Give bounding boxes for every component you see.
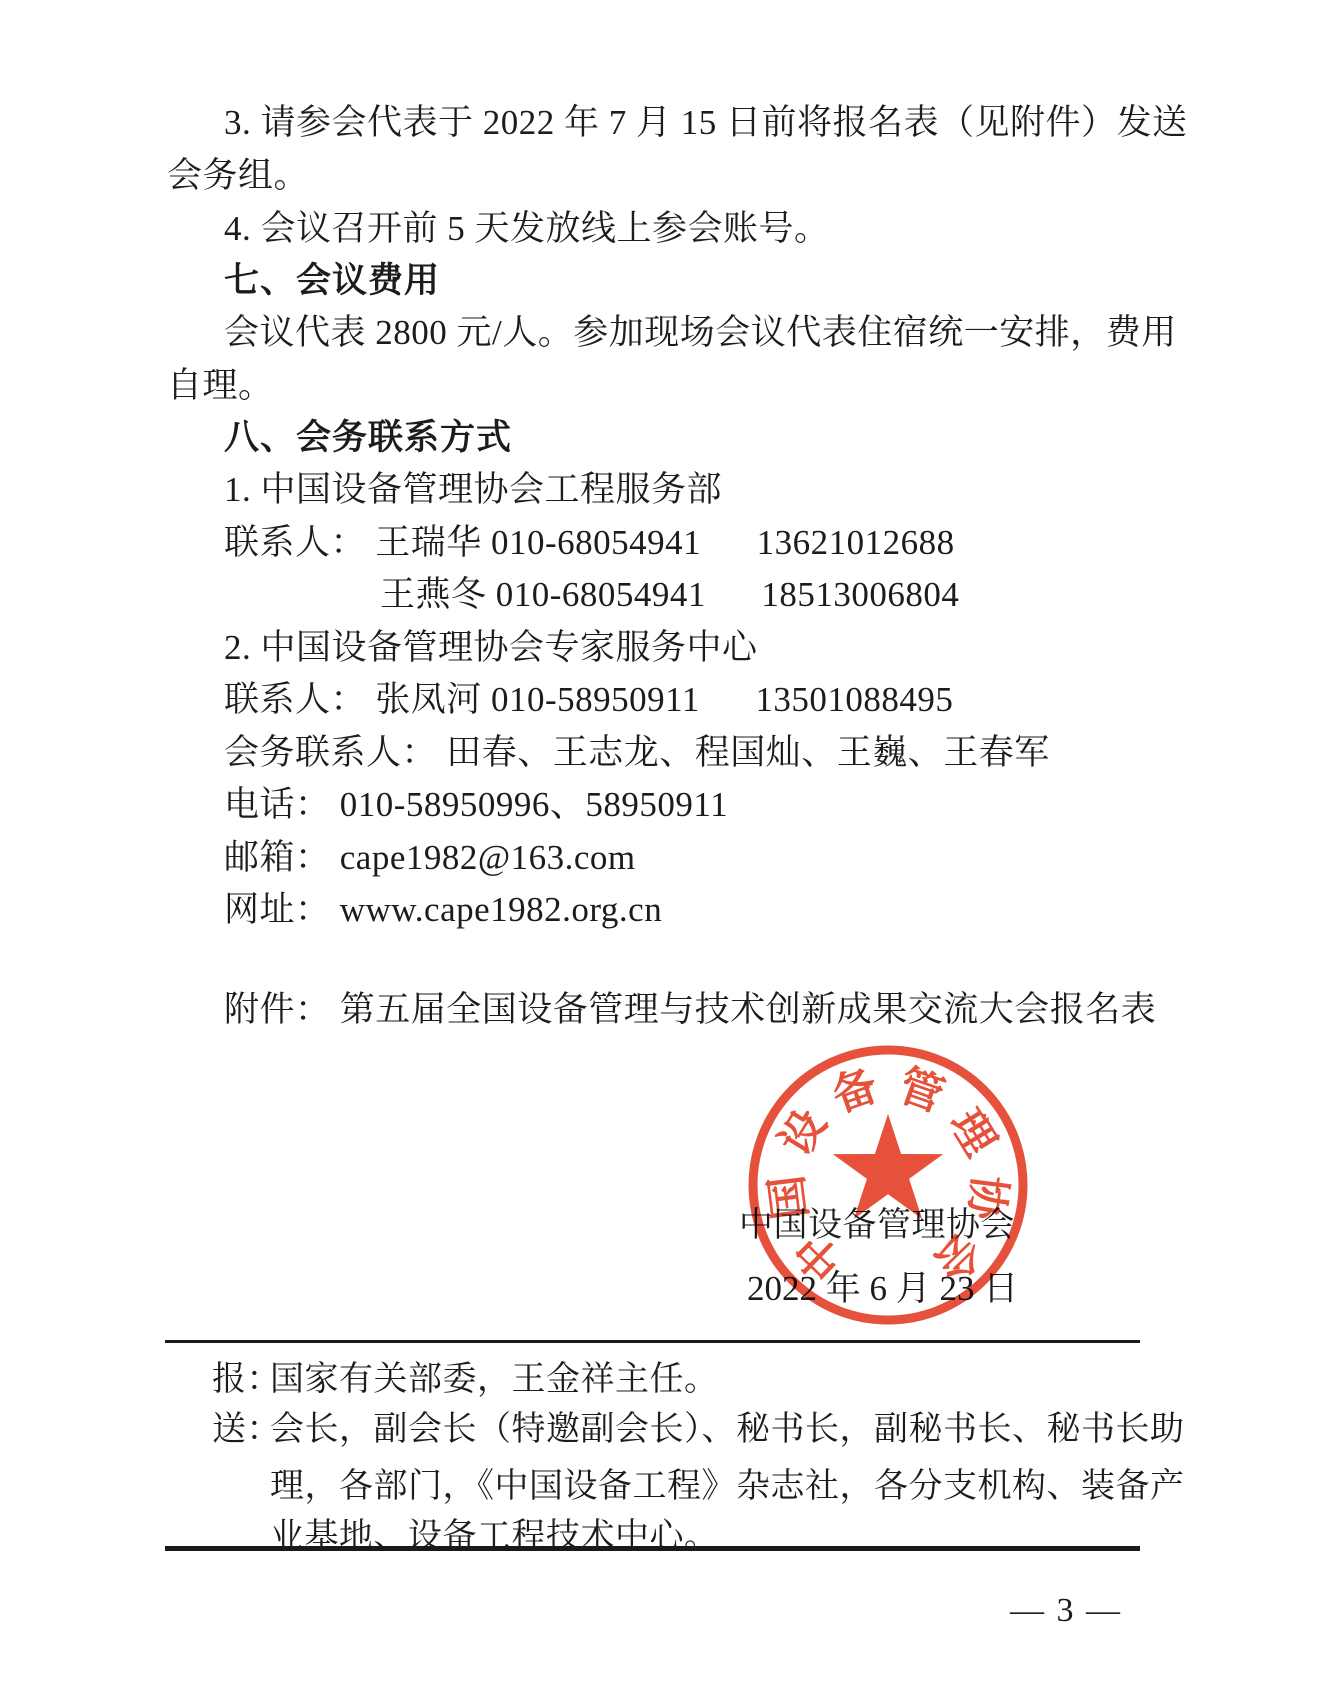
svg-text:协: 协 [959, 1172, 1013, 1224]
org2-title: 2. 中国设备管理协会专家服务中心 [224, 626, 758, 670]
footer-report-text: 国家有关部委，王金祥主任。 [270, 1361, 719, 1398]
footer-divider-bottom [165, 1546, 1140, 1551]
org1-title: 1. 中国设备管理协会工程服务部 [224, 468, 722, 512]
para-item4: 4. 会议召开前 5 天发放线上参会账号。 [224, 207, 830, 251]
org2-contact1: 联系人： 张凤河 010-58950911 13501088495 [224, 678, 953, 722]
org1-contact1: 联系人： 王瑞华 010-68054941 13621012688 [224, 521, 955, 565]
footer-send-text-line2: 理，各部门，《中国设备工程》杂志社，各分支机构、装备产 [270, 1458, 1185, 1507]
svg-text:国: 国 [762, 1172, 816, 1222]
svg-text:备: 备 [826, 1061, 884, 1122]
section-heading-contact: 八、会务联系方式 [224, 416, 512, 460]
footer-send-label: 送： [212, 1408, 270, 1452]
org2-staff: 会务联系人： 田春、王志龙、程国灿、王巍、王春军 [224, 731, 1050, 775]
svg-text:管: 管 [892, 1061, 950, 1122]
page-number: — 3 — [1010, 1592, 1122, 1630]
section-heading-fee: 七、会议费用 [224, 259, 440, 303]
org2-website: 网址： www.cape1982.org.cn [224, 888, 662, 932]
para-fee-line1: 会议代表 2800 元/人。参加现场会议代表住宿统一安排，费用 [224, 311, 1177, 355]
org1-contact2: 王燕冬 010-68054941 18513006804 [380, 573, 959, 617]
org2-phone: 电话： 010-58950996、58950911 [224, 783, 728, 827]
document-page: 3. 请参会代表于 2022 年 7 月 15 日前将报名表（见附件）发送 会务… [0, 0, 1322, 1690]
official-seal-stamp: 中国设备管理协会 [743, 1040, 1033, 1330]
footer-send-text-line1: 会长，副会长（特邀副会长）、秘书长，副秘书长、秘书长助 [270, 1411, 1185, 1448]
footer-send-row: 送：会长，副会长（特邀副会长）、秘书长，副秘书长、秘书长助 [212, 1408, 1185, 1452]
attachment-line: 附件： 第五届全国设备管理与技术创新成果交流大会报名表 [224, 988, 1156, 1032]
footer-report-label: 报： [212, 1358, 270, 1402]
footer-divider-top [165, 1340, 1140, 1343]
para-item3-line2: 会务组。 [167, 154, 309, 198]
para-fee-line2: 自理。 [167, 364, 274, 408]
para-item3-line1: 3. 请参会代表于 2022 年 7 月 15 日前将报名表（见附件）发送 [224, 101, 1188, 145]
footer-report-row: 报：国家有关部委，王金祥主任。 [212, 1358, 719, 1402]
seal-star-icon [833, 1114, 943, 1219]
org2-email: 邮箱： cape1982@163.com [224, 836, 636, 880]
